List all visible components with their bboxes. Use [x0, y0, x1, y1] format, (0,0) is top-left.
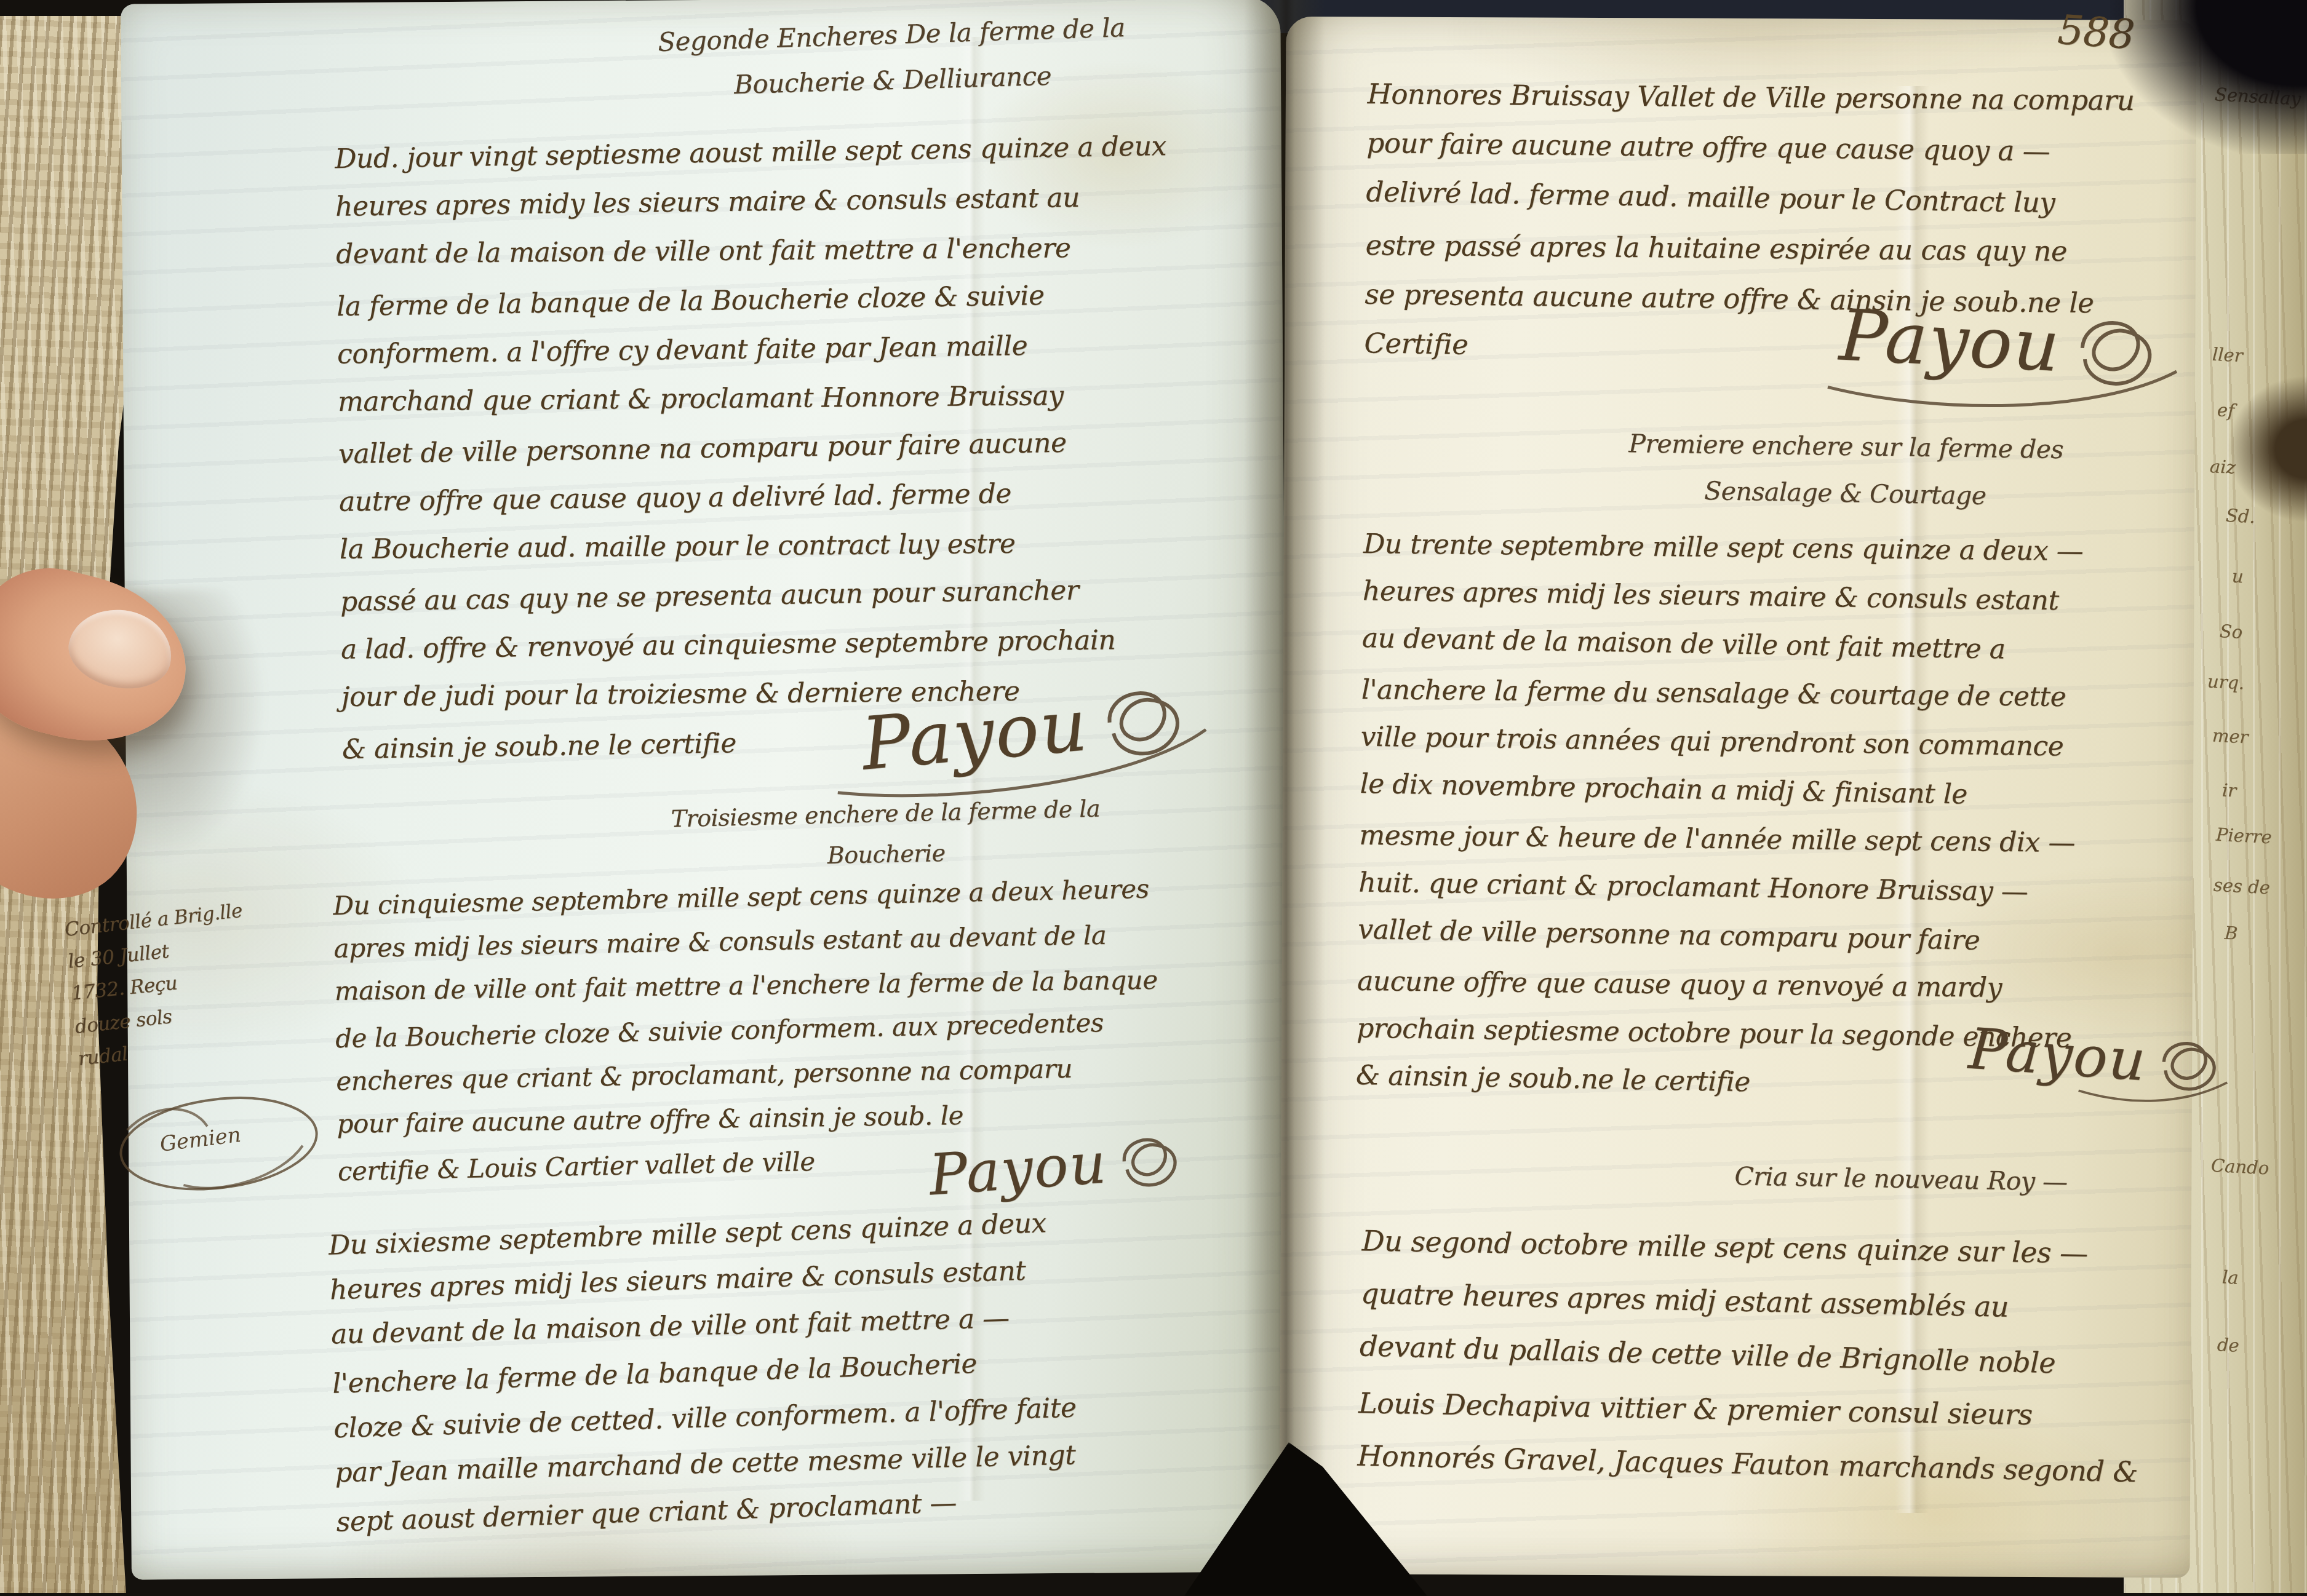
manuscript-line: l'anchere la ferme du sensalage & courta… [1361, 665, 2198, 723]
book-gutter-shadow [1244, 0, 1325, 1593]
signature-flourish-icon [2148, 1021, 2245, 1107]
signature-flourish-icon [1086, 661, 1218, 776]
fore-edge-text-fragment: de [2217, 1334, 2239, 1356]
signature-flourish-icon [1108, 1116, 1206, 1202]
fore-edge-text-fragment: Cando [2210, 1155, 2269, 1179]
signature-payou: Payou [1837, 283, 2189, 405]
manuscript-line: estre passé apres la huitaine espirée au… [1365, 220, 2196, 278]
signature-name: Payou [927, 1130, 1109, 1208]
fore-edge-text-fragment: ller [2212, 344, 2243, 367]
manuscript-line: Honnores Bruissay Vallet de Ville person… [1367, 69, 2198, 127]
left-heading-segonde-encheres: Segonde Encheres De la ferme de la Bouch… [620, 5, 1164, 111]
fore-edge-text-fragment: So [2219, 621, 2243, 643]
fore-edge-text-fragment: ses de [2213, 875, 2271, 899]
reader-finger [0, 571, 230, 971]
manuscript-photo: { "page_number": "588", "signature_name"… [0, 0, 2307, 1593]
signature-name: Payou [1967, 1015, 2149, 1094]
heading-line: Premiere enchere sur la ferme des [1563, 419, 2129, 474]
signature-name: Payou [858, 682, 1091, 787]
fore-edge-text-fragment: B [2224, 922, 2238, 943]
fore-edge-text-fragment: la [2221, 1266, 2239, 1288]
fore-edge-text-fragment: urq. [2207, 670, 2245, 693]
background-corner-top-right [2110, 0, 2307, 154]
signature-flourish-icon [2061, 295, 2189, 405]
fore-edge-text-fragment: mer [2212, 725, 2249, 747]
manuscript-line: aucune offre que cause quoy a renvoyé a … [1357, 957, 2194, 1014]
manuscript-line: Du trente septembre mille sept cens quin… [1363, 520, 2201, 577]
manuscript-line: mesme jour & heure de l'année mille sept… [1359, 811, 2196, 868]
left-heading-troisiesme-enchere: Troisiesme enchere de la ferme de la Bou… [633, 788, 1139, 879]
left-paragraph-3: Du sixiesme septembre mille sept cens qu… [328, 1196, 1229, 1544]
right-paragraph-3: Du segond octobre mille sept cens quinze… [1357, 1212, 2199, 1500]
fore-edge-text-fragment: u [2231, 566, 2244, 587]
right-heading-premiere-enchere: Premiere enchere sur la ferme des Sensal… [1562, 418, 2130, 522]
signature-name: Payou [1838, 294, 2063, 388]
fore-edge-text-fragment: Pierre [2215, 824, 2272, 848]
heading-line: Sensalage & Courtage [1562, 465, 2129, 522]
fore-edge-dark-notch [2227, 375, 2307, 523]
fore-edge-text-fragment: ir [2221, 779, 2237, 801]
